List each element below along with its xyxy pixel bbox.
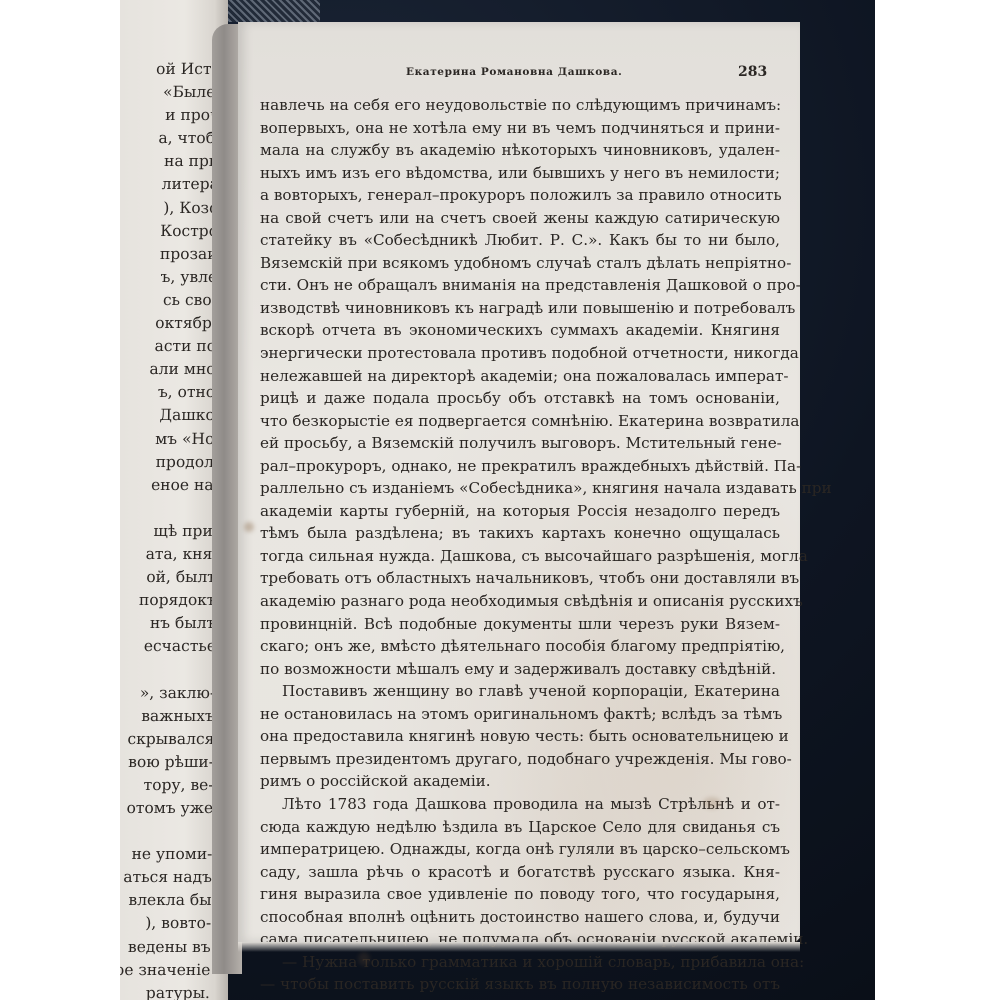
text-line: сюда каждую недѣлю ѣздила въ Царское Сел…	[260, 816, 780, 839]
text-line: ныхъ имъ изъ его вѣдомства, или бывшихъ …	[260, 162, 780, 185]
left-page-line-fragment: есчастье	[120, 635, 216, 658]
left-page-line-fragment: скрывался	[120, 728, 215, 751]
text-line: императрицею. Однажды, когда онѣ гуляли …	[260, 838, 780, 861]
left-page-line-fragment: ой, былъ	[120, 566, 217, 589]
page-body-text: навлечь на себя его неудовольствіе по сл…	[260, 94, 780, 996]
left-page-line-fragment: Дашко-	[120, 404, 220, 427]
left-page-line-fragment: «Былей	[120, 81, 226, 104]
text-line: тогда сильная нужда. Дашкова, съ высочай…	[260, 545, 780, 568]
left-page-line-fragment: а, чтобъ	[120, 127, 225, 150]
left-page-text: ой Исто-«Былейи проч.а, чтобъна при-лите…	[120, 58, 226, 1000]
left-page-line-fragment: тору, ве-	[120, 774, 214, 797]
text-line: по возможности мѣшалъ ему и задерживалъ …	[260, 658, 780, 681]
left-page-line-fragment	[120, 497, 219, 520]
left-page-line-fragment: ъ, увле-	[120, 266, 223, 289]
running-head: Екатерина Романовна Дашкова. 283	[238, 66, 800, 86]
text-line: вскорѣ отчета въ экономическихъ суммахъ …	[260, 319, 780, 342]
foxing-stain	[703, 797, 721, 809]
left-page-line-fragment: сь свои	[120, 289, 222, 312]
photo-scene: ой Исто-«Былейи проч.а, чтобъна при-лите…	[0, 0, 1000, 1000]
text-line: Лѣто 1783 года Дашкова проводила на мызѣ…	[260, 793, 780, 816]
text-line: статейку въ «Собесѣдникѣ Любит. Р. С.». …	[260, 229, 780, 252]
text-line: сти. Онъ не обращалъ вниманія на предста…	[260, 274, 780, 297]
left-page-line-fragment: важныхъ	[120, 705, 215, 728]
text-line: римъ о россійской академіи.	[260, 770, 780, 793]
left-page-line-fragment: ъ, отно-	[120, 381, 221, 404]
text-line: нележавшей на директорѣ академіи; она по…	[260, 365, 780, 388]
text-line: что безкорыстіе ея подвергается сомнѣнію…	[260, 410, 780, 433]
left-page-line-fragment: отомъ уже	[120, 797, 213, 820]
text-line: тѣмъ была раздѣлена; въ такихъ картахъ к…	[260, 522, 780, 545]
text-line: требовать отъ областныхъ начальниковъ, ч…	[260, 567, 780, 590]
foxing-stain	[358, 952, 370, 966]
left-page-line-fragment: и проч.	[120, 104, 225, 127]
left-page-line-fragment: ратуры.	[120, 982, 210, 1000]
left-page-line-fragment: литера-	[120, 173, 224, 196]
text-line: мала на службу въ академію нѣкоторыхъ чи…	[260, 139, 780, 162]
left-page-line-fragment: ое значеніе	[120, 959, 211, 982]
text-line: Вяземскій при всякомъ удобномъ случаѣ ст…	[260, 252, 780, 275]
left-page-line-fragment: ), вовто-	[120, 912, 211, 935]
page-number: 283	[738, 64, 767, 80]
text-line: способная вполнѣ оцѣнить достоинство наш…	[260, 906, 780, 929]
right-page: Екатерина Романовна Дашкова. 283 навлечь…	[238, 22, 800, 942]
left-page-line-fragment: не упоми-	[120, 843, 213, 866]
text-line: она предоставила княгинѣ новую честь: бы…	[260, 725, 780, 748]
left-page-line-fragment: ой Исто-	[120, 58, 226, 81]
foxing-stain	[244, 522, 254, 532]
text-line: первымъ президентомъ другаго, подобнаго …	[260, 748, 780, 771]
left-page-line-fragment: октября	[120, 312, 222, 335]
text-line: не остановилась на этомъ оригинальномъ ф…	[260, 703, 780, 726]
left-page-line-fragment: порядокъ	[120, 589, 217, 612]
text-line: рал–прокуроръ, однако, не прекратилъ вра…	[260, 455, 780, 478]
left-page-line-fragment: Костро-	[120, 220, 223, 243]
text-line: энергически протестовала противъ подобно…	[260, 342, 780, 365]
left-page-line-fragment: аться надъ	[120, 866, 212, 889]
left-page-line-fragment: еное на-	[120, 474, 219, 497]
left-page-line-fragment: али мно-	[120, 358, 221, 381]
left-page-line-fragment: », заклю-	[120, 682, 215, 705]
left-page-line-fragment: влекла бы	[120, 889, 212, 912]
text-line: вопервыхъ, она не хотѣла ему ни въ чемъ …	[260, 117, 780, 140]
text-line: скаго; онъ же, вмѣсто дѣятельнаго пособі…	[260, 635, 780, 658]
left-page-line-fragment: на при-	[120, 150, 225, 173]
text-line: гиня выразила свое удивленіе по поводу т…	[260, 883, 780, 906]
left-page-line-fragment	[120, 658, 216, 681]
left-page-line-fragment: щѣ при-	[120, 520, 218, 543]
text-line: изводствѣ чиновниковъ къ наградѣ или пов…	[260, 297, 780, 320]
text-line: рицѣ и даже подала просьбу объ отставкѣ …	[260, 387, 780, 410]
text-line: а вовторыхъ, генерал–прокуроръ положилъ …	[260, 184, 780, 207]
page-bottom-edge	[238, 942, 800, 952]
left-page-line-fragment: вою рѣши-	[120, 751, 214, 774]
text-line: академіи карты губерній, на которыя Росс…	[260, 500, 780, 523]
text-line: ей просьбу, а Вяземскій получилъ выговор…	[260, 432, 780, 455]
text-line: академію разнаго рода необходимыя свѣдѣн…	[260, 590, 780, 613]
left-page-line-fragment: ), Козо-	[120, 197, 224, 220]
text-line: — Нужна только грамматика и хорошій слов…	[260, 951, 780, 974]
left-page-line-fragment: ата, кня-	[120, 543, 218, 566]
text-line: саду, зашла рѣчь о красотѣ и богатствѣ р…	[260, 861, 780, 884]
text-line: — чтобы поставить русскій языкъ въ полну…	[260, 973, 780, 996]
left-page-line-fragment: ведены въ	[120, 936, 211, 959]
left-page-line-fragment: мъ «Но-	[120, 428, 220, 451]
left-page-line-fragment: прозаи-	[120, 243, 223, 266]
left-page-line-fragment	[120, 820, 213, 843]
text-line: на свой счетъ или на счетъ своей жены ка…	[260, 207, 780, 230]
text-line: навлечь на себя его неудовольствіе по сл…	[260, 94, 780, 117]
left-page-line-fragment: асти по-	[120, 335, 221, 358]
running-title: Екатерина Романовна Дашкова.	[406, 66, 622, 78]
left-page-line-fragment: нъ былъ	[120, 612, 217, 635]
text-line: Поставивъ женщину во главѣ ученой корпор…	[260, 680, 780, 703]
left-page-line-fragment: продол-	[120, 451, 219, 474]
text-line: провинцній. Всѣ подобные документы шли ч…	[260, 613, 780, 636]
text-line: раллельно съ изданіемъ «Собесѣдника», кн…	[260, 477, 780, 500]
